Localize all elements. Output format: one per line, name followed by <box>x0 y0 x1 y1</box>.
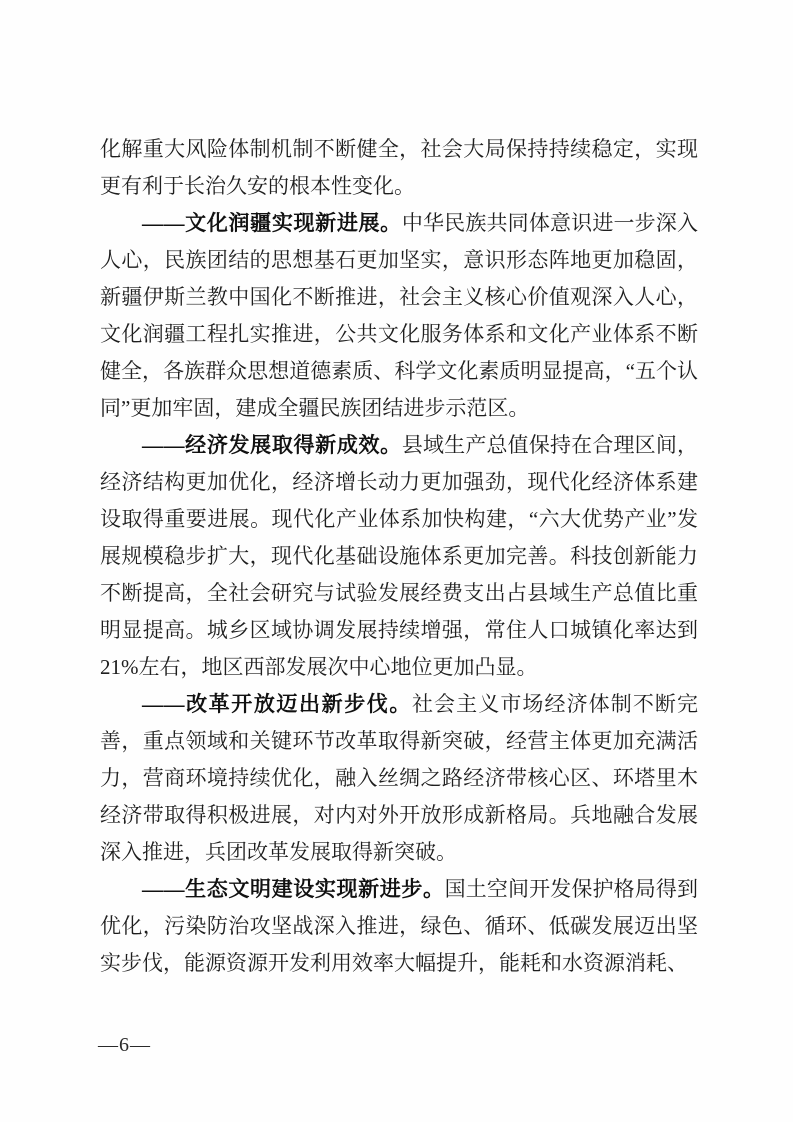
paragraph-economy: ——经济发展取得新成效。县域生产总值保持在合理区间，经济结构更加优化，经济增长动… <box>100 427 698 686</box>
paragraph-text: 社会主义市场经济体制不断完善，重点领域和关键环节改革取得新突破，经营主体更加充满… <box>100 692 698 864</box>
paragraph-ecology: ——生态文明建设实现新进步。国土空间开发保护格局得到优化，污染防治攻坚战深入推进… <box>100 871 698 982</box>
page-number: —6— <box>98 1033 151 1057</box>
document-body: 化解重大风险体制机制不断健全，社会大局保持持续稳定，实现更有利于长治久安的根本性… <box>100 131 698 982</box>
paragraph-lead: ——改革开放迈出新步伐。 <box>142 692 412 716</box>
paragraph-culture: ——文化润疆实现新进展。中华民族共同体意识进一步深入人心，民族团结的思想基石更加… <box>100 205 698 427</box>
paragraph-text: 中华民族共同体意识进一步深入人心，民族团结的思想基石更加坚实，意识形态阵地更加稳… <box>100 211 698 420</box>
paragraph-lead: ——生态文明建设实现新进步。 <box>142 877 445 901</box>
paragraph-lead: ——文化润疆实现新进展。 <box>142 211 402 235</box>
document-page: 化解重大风险体制机制不断健全，社会大局保持持续稳定，实现更有利于长治久安的根本性… <box>0 0 793 1122</box>
paragraph-text: 化解重大风险体制机制不断健全，社会大局保持持续稳定，实现更有利于长治久安的根本性… <box>100 137 698 198</box>
paragraph-text: 县域生产总值保持在合理区间，经济结构更加优化，经济增长动力更加强劲，现代化经济体… <box>100 433 698 679</box>
paragraph-reform: ——改革开放迈出新步伐。社会主义市场经济体制不断完善，重点领域和关键环节改革取得… <box>100 686 698 871</box>
paragraph-lead: ——经济发展取得新成效。 <box>142 433 402 457</box>
paragraph-continuation: 化解重大风险体制机制不断健全，社会大局保持持续稳定，实现更有利于长治久安的根本性… <box>100 131 698 205</box>
